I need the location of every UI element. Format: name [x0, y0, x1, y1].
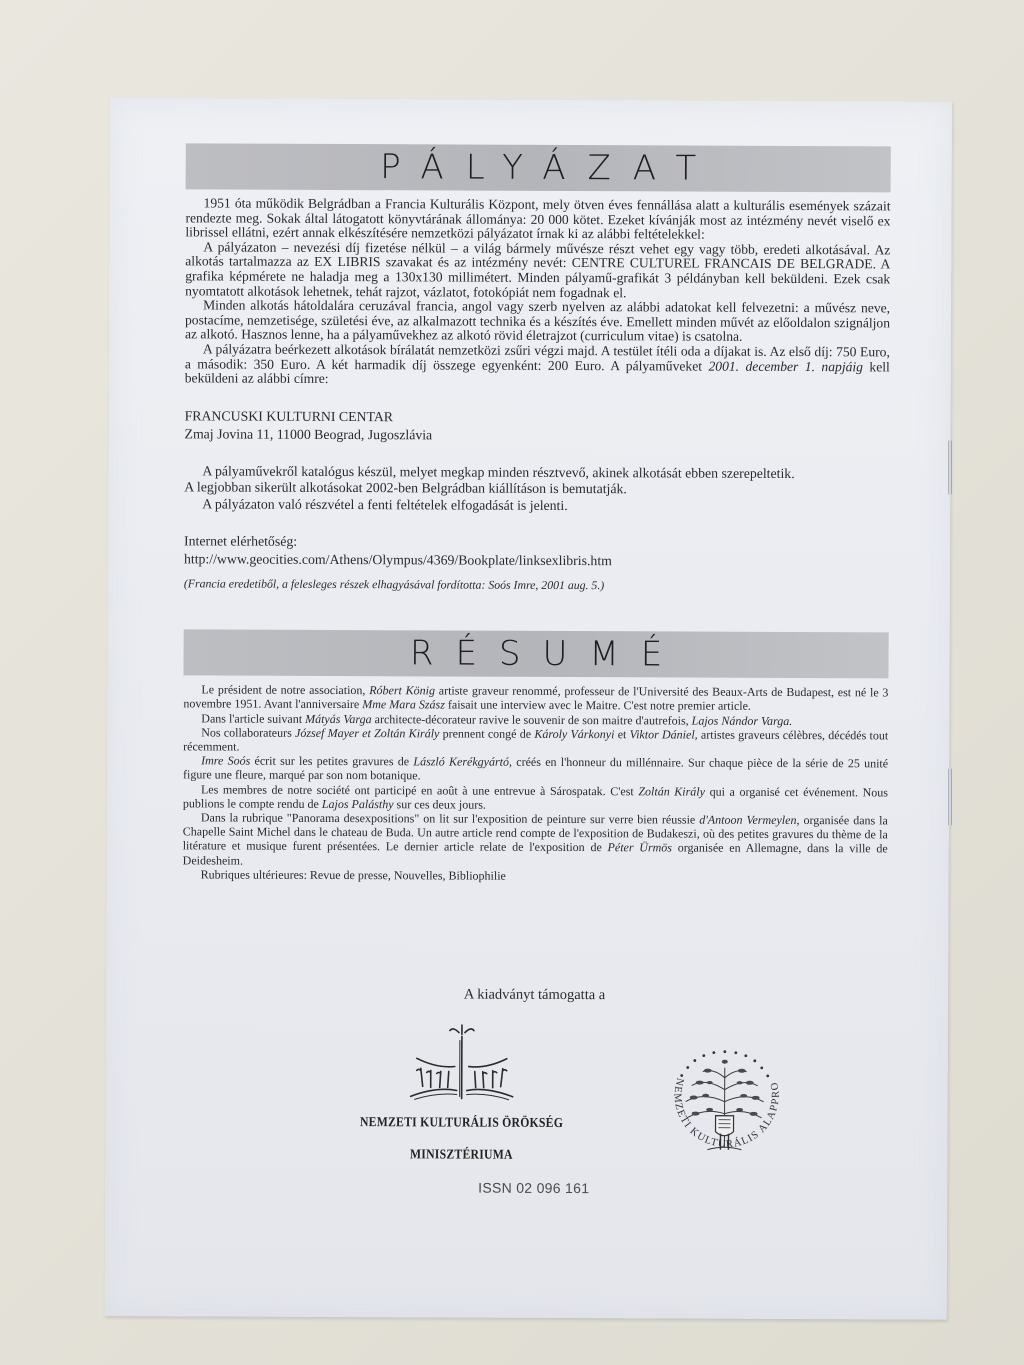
staple — [948, 440, 952, 495]
issn-number: ISSN 02 096 161 — [181, 1178, 886, 1197]
ministry-name-line2: MINISZTÉRIUMA — [350, 1146, 574, 1163]
resume-paragraph: Rubriques ultérieures: Revue de presse, … — [183, 867, 888, 884]
resume-paragraph: Imre Soós écrit sur les petites gravures… — [183, 754, 888, 785]
ministry-logo-block: NEMZETI KULTURÁLIS ÖRÖKSÉG MINISZTÉRIUMA — [331, 1024, 592, 1163]
prize-paragraph: A pályázatra beérkezett alkotások bírála… — [185, 342, 890, 389]
palyazat-paragraph: Minden alkotás hátoldalára ceruzával fra… — [185, 298, 890, 345]
resume-paragraph: Le président de notre association, Róber… — [183, 683, 888, 714]
deadline: 2001. december 1. napjáig — [708, 358, 863, 374]
translation-credit: (Francia eredetiből, a felesleges részek… — [184, 577, 889, 595]
staple — [948, 768, 952, 826]
postal-address: FRANCUSKI KULTURNI CENTAR Zmaj Jovina 11… — [184, 407, 889, 446]
palyazat-heading: PÁLYÁZAT — [186, 143, 891, 192]
ministry-logo-icon — [407, 1024, 517, 1104]
printed-page: PÁLYÁZAT 1951 óta működik Belgrádban a F… — [105, 98, 952, 1320]
nka-tree-seal-icon: NEMZETI KULTURÁLIS ALAPPROGRAM — [657, 1037, 793, 1173]
support-text: A kiadványt támogatta a — [182, 985, 887, 1005]
page-content: PÁLYÁZAT 1951 óta működik Belgrádban a F… — [183, 143, 891, 884]
resume-paragraph: Dans la rubrique "Panorama desexposition… — [183, 810, 888, 870]
palyazat-paragraph: 1951 óta működik Belgrádban a Francia Ku… — [185, 196, 890, 243]
resume-heading: RÉSUMÉ — [183, 630, 888, 679]
address-street: Zmaj Jovina 11, 11000 Beograd, Jugoszláv… — [184, 425, 889, 446]
closing-notes: A pályaművekről katalógus készül, melyet… — [184, 463, 889, 516]
ministry-name-line1: NEMZETI KULTURÁLIS ÖRÖKSÉG — [350, 1114, 574, 1131]
resume-body: Le président de notre association, Róber… — [183, 683, 889, 885]
resume-paragraph: Nos collaborateurs József Mayer et Zoltá… — [183, 725, 888, 756]
closing-line: A pályázaton való részvétel a fenti felt… — [184, 496, 889, 516]
website-url: http://www.geocities.com/Athens/Olympus/… — [184, 551, 889, 572]
resume-paragraph: Les membres de notre société ont partici… — [183, 782, 888, 813]
internet-info: Internet elérhetőség: http://www.geociti… — [184, 533, 889, 572]
palyazat-paragraph: A pályázaton – nevezési díj fizetése nél… — [185, 240, 890, 301]
